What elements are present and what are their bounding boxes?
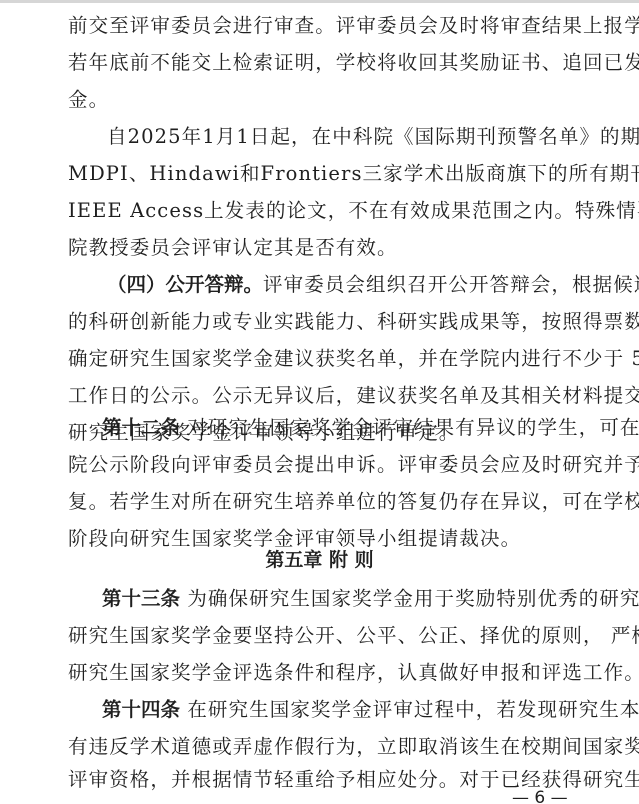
paragraph-line: 若年底前不能交上检索证明，学校将收回其奖励证书、追回已发奖学	[68, 51, 578, 75]
paragraph-line: 自2025年1月1日起，在中科院《国际期刊预警名单》的期刊、在	[107, 125, 578, 149]
page-number: — 6 —	[512, 788, 568, 804]
article-label: 第十二条	[102, 416, 180, 440]
paragraph-line: 院公示阶段向评审委员会提出申诉。评审委员会应及时研究并予以答	[68, 453, 578, 477]
chapter-heading-title: 第五章 附 则	[0, 548, 639, 572]
paragraph-line: 工作日的公示。公示无异议后，建议获奖名单及其相关材料提交学校	[68, 384, 578, 408]
paragraph-text: 在研究生国家奖学金评审过程中，若发现研究生本人	[180, 698, 639, 722]
paragraph-line: 研究生国家奖学金评选条件和程序，认真做好申报和评选工作。	[68, 661, 578, 685]
paragraph-line: 前交至评审委员会进行审查。评审委员会及时将审查结果上报学校。	[68, 14, 578, 38]
paragraph-line: 院教授委员会评审认定其是否有效。	[68, 236, 578, 260]
paragraph-line: 复。若学生对所在研究生培养单位的答复仍存在异议，可在学校公示	[68, 490, 578, 514]
paragraph-text: 对研究生国家奖学金评审结果有异议的学生，可在学	[180, 416, 639, 440]
paragraph-line: 第十三条 为确保研究生国家奖学金用于奖励特别优秀的研究生，	[102, 587, 578, 611]
paragraph-line: 第十四条 在研究生国家奖学金评审过程中，若发现研究生本人	[102, 698, 578, 722]
paragraph-line: 第十二条 对研究生国家奖学金评审结果有异议的学生，可在学	[102, 416, 578, 440]
paragraph-line: 确定研究生国家奖学金建议获奖名单，并在学院内进行不少于 5 个	[68, 347, 578, 371]
paragraph-line: 有违反学术道德或弄虚作假行为，立即取消该生在校期间国家奖学金	[68, 735, 578, 759]
section-label: （四）公开答辩。	[107, 273, 263, 297]
page-top-border	[0, 0, 639, 3]
paragraph-text: 为确保研究生国家奖学金用于奖励特别优秀的研究生，	[180, 587, 639, 611]
article-label: 第十四条	[102, 698, 180, 722]
paragraph-line: （四）公开答辩。 评审委员会组织召开公开答辩会，根据候选人	[107, 273, 578, 297]
article-label: 第十三条	[102, 587, 180, 611]
paragraph-text: 评审委员会组织召开公开答辩会，根据候选人	[263, 273, 639, 297]
paragraph-line: 评审资格，并根据情节轻重给予相应处分。对于已经获得研究生国家	[68, 768, 578, 792]
paragraph-line: 研究生国家奖学金要坚持公开、公平、公正、择优的原则， 严格按照	[68, 624, 578, 648]
paragraph-line: 的科研创新能力或专业实践能力、科研实践成果等，按照得票数多少	[68, 310, 578, 334]
paragraph-line: 金。	[68, 88, 578, 112]
paragraph-line: IEEE Access上发表的论文，不在有效成果范围之内。特殊情况，由学	[68, 199, 578, 223]
paragraph-line: MDPI、Hindawi和Frontiers三家学术出版商旗下的所有期刊、以及	[68, 162, 578, 186]
